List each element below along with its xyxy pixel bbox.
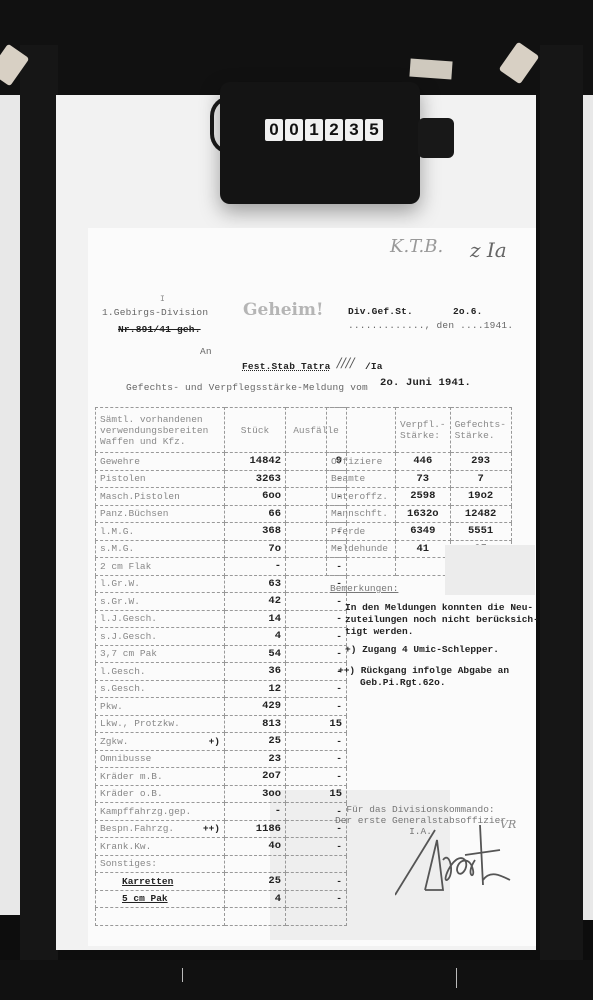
item-label: Zgkw.+) <box>96 733 225 751</box>
table-row: l.Gr.W.63- <box>96 575 347 593</box>
film-border-left <box>20 45 58 965</box>
stueck-value <box>225 855 286 873</box>
stueck-value: 12 <box>225 680 286 698</box>
strength-label: Unteroffz. <box>327 488 396 506</box>
weapons-vehicles-table: Sämtl. vorhandenen verwendungsbereiten W… <box>95 407 347 926</box>
footnote-marker: +) <box>209 736 220 747</box>
stueck-value: - <box>225 803 286 821</box>
stueck-value: 23 <box>225 750 286 768</box>
item-label: 5 cm Pak <box>96 890 225 908</box>
item-label: l.M.G. <box>96 523 225 541</box>
counter-digit: 2 <box>325 119 343 141</box>
item-label-text: Zgkw. <box>100 736 129 747</box>
stueck-value: 63 <box>225 575 286 593</box>
film-border-right <box>540 45 583 965</box>
stueck-value: 7o <box>225 540 286 558</box>
footnote-marker: ++) <box>203 823 220 834</box>
gefechts-value: 7 <box>450 470 511 488</box>
stueck-value: 368 <box>225 523 286 541</box>
table-row: Offiziere446293 <box>327 453 512 471</box>
recipient: Fest.Stab Tatra <box>242 361 331 372</box>
table-row: Karretten25- <box>96 873 347 891</box>
film-scratch <box>182 968 183 982</box>
counter-digit: 5 <box>365 119 383 141</box>
ref-mark: I <box>160 295 165 304</box>
handwritten-signature <box>395 820 515 900</box>
counter-digits: 0 0 1 2 3 5 <box>265 119 383 141</box>
table-row: l.M.G.368- <box>96 523 347 541</box>
verpfl-value: 73 <box>396 470 451 488</box>
stueck-value: 1186 <box>225 820 286 838</box>
footnote-1: +) Zugang 4 Umic-Schlepper. <box>330 644 539 656</box>
verpfl-value: 446 <box>396 453 451 471</box>
item-label: Kräder m.B. <box>96 768 225 786</box>
ausfaelle-value: - <box>286 873 347 891</box>
remarks-title: Bemerkungen: <box>330 583 539 594</box>
table-row: Lkw., Protzkw.81315 <box>96 715 347 733</box>
item-label: Gewehre <box>96 453 225 471</box>
table-row: 5 cm Pak4- <box>96 890 347 908</box>
table-row: Beamte737 <box>327 470 512 488</box>
report-title: Gefechts- und Verpflegsstärke-Meldung vo… <box>126 382 368 393</box>
table-header-row: Verpfl.-Stärke: Gefechts-Stärke. <box>327 408 512 453</box>
stueck-value: 4 <box>225 890 286 908</box>
table-row: Sonstiges: <box>96 855 347 873</box>
unit-name: 1.Gebirgs-Division <box>102 307 208 318</box>
item-label: s.Gesch. <box>96 680 225 698</box>
table-row-blank <box>96 908 347 926</box>
item-label: Pkw. <box>96 698 225 716</box>
stueck-value: 4 <box>225 628 286 646</box>
stueck-value: 25 <box>225 733 286 751</box>
stueck-value: - <box>225 558 286 576</box>
table-row: l.J.Gesch.14- <box>96 610 347 628</box>
item-label: Masch.Pistolen <box>96 488 225 506</box>
item-label: Kampffahrzg.gep. <box>96 803 225 821</box>
date-short: 2o.6. <box>453 306 483 317</box>
gefechts-value: 5551 <box>450 523 511 541</box>
item-label: l.J.Gesch. <box>96 610 225 628</box>
remarks-line: In den Meldungen konnten die Neu- <box>330 602 539 614</box>
strength-label: Beamte <box>327 470 396 488</box>
verpfl-value: 1632o <box>396 505 451 523</box>
table-row: s.J.Gesch.4- <box>96 628 347 646</box>
item-label: 3,7 cm Pak <box>96 645 225 663</box>
col-header-item: Sämtl. vorhandenen verwendungsbereiten W… <box>96 408 225 453</box>
stueck-value: 429 <box>225 698 286 716</box>
counter-digit: 1 <box>305 119 323 141</box>
remarks-section: Bemerkungen: In den Meldungen konnten di… <box>330 583 539 689</box>
item-label: l.Gesch. <box>96 663 225 681</box>
ausfaelle-value: - <box>286 698 347 716</box>
gefechts-value: 293 <box>450 453 511 471</box>
adjacent-frame-left <box>0 95 20 915</box>
verpfl-value: 6349 <box>396 523 451 541</box>
item-label: l.Gr.W. <box>96 575 225 593</box>
col-header-gefechts: Gefechts-Stärke. <box>450 408 511 453</box>
remarks-line: tigt werden. <box>330 626 539 638</box>
item-label: Krank.Kw. <box>96 838 225 856</box>
table-row: Omnibusse23- <box>96 750 347 768</box>
item-label: Sonstiges: <box>96 855 225 873</box>
table-row: Bespn.Fahrzg.++)1186- <box>96 820 347 838</box>
handwritten-ia: z Ia <box>470 238 507 262</box>
item-label: s.Gr.W. <box>96 593 225 611</box>
signature-line-1: Für das Divisionskommando: <box>335 804 506 815</box>
stueck-value: 6oo <box>225 488 286 506</box>
ausfaelle-value: - <box>286 890 347 908</box>
table-row: Masch.Pistolen6oo- <box>96 488 347 506</box>
frame-counter-device <box>220 82 420 204</box>
item-label: Karretten <box>96 873 225 891</box>
counter-digit: 3 <box>345 119 363 141</box>
table-row: Krank.Kw.4o- <box>96 838 347 856</box>
item-label: Pistolen <box>96 470 225 488</box>
strength-label: Pferde <box>327 523 396 541</box>
stueck-value: 2o7 <box>225 768 286 786</box>
remarks-line: zuteilungen noch nicht berücksich- <box>330 614 539 626</box>
table-row: Mannschft.1632o12482 <box>327 505 512 523</box>
table-row: s.M.G.7o- <box>96 540 347 558</box>
handwritten-slashes: //// <box>337 356 355 371</box>
table-row: 3,7 cm Pak54- <box>96 645 347 663</box>
item-label: Bespn.Fahrzg.++) <box>96 820 225 838</box>
verpfl-value: 2598 <box>396 488 451 506</box>
col-header-stueck: Stück <box>225 408 286 453</box>
stueck-value: 813 <box>225 715 286 733</box>
table-row: Kampffahrzg.gep.-- <box>96 803 347 821</box>
ausfaelle-value: - <box>286 838 347 856</box>
ausfaelle-value: - <box>286 768 347 786</box>
recipient-suffix: /Ia <box>365 361 383 372</box>
item-label: s.M.G. <box>96 540 225 558</box>
film-border-bottom <box>0 960 593 1000</box>
table-row: Kräder o.B.3oo15 <box>96 785 347 803</box>
secret-stamp: Geheim! <box>243 300 323 320</box>
counter-digit: 0 <box>265 119 283 141</box>
strength-label: Mannschft. <box>327 505 396 523</box>
table-row: s.Gesch.12- <box>96 680 347 698</box>
item-label: s.J.Gesch. <box>96 628 225 646</box>
item-label-text: Bespn.Fahrzg. <box>100 823 174 834</box>
stueck-value: 3oo <box>225 785 286 803</box>
gefechts-value: 12482 <box>450 505 511 523</box>
ausfaelle-value: 15 <box>286 715 347 733</box>
table-row: Pistolen3263- <box>96 470 347 488</box>
strength-label: Meldehunde <box>327 540 396 558</box>
film-scratch <box>456 968 457 988</box>
counter-knob <box>418 118 454 158</box>
col-header-verpfl: Verpfl.-Stärke: <box>396 408 451 453</box>
stueck-value: 66 <box>225 505 286 523</box>
item-label: Kräder o.B. <box>96 785 225 803</box>
date-line: ............., den ....1941. <box>348 320 513 331</box>
stueck-value: 42 <box>225 593 286 611</box>
table-row: 2 cm Flak-- <box>96 558 347 576</box>
table-row: s.Gr.W.42- <box>96 593 347 611</box>
stueck-value: 36 <box>225 663 286 681</box>
table-row: l.Gesch.36- <box>96 663 347 681</box>
table-row: Panz.Büchsen66- <box>96 505 347 523</box>
ausfaelle-value <box>286 855 347 873</box>
table-row: Zgkw.+)25- <box>96 733 347 751</box>
adjacent-frame-right <box>583 95 593 920</box>
table-row: Gewehre148429 <box>96 453 347 471</box>
table-row: Pkw.429- <box>96 698 347 716</box>
table-row: Pferde63495551 <box>327 523 512 541</box>
item-label: Panz.Büchsen <box>96 505 225 523</box>
stueck-value: 25 <box>225 873 286 891</box>
reference-number: Nr.891/41 geh. <box>118 324 201 335</box>
location: Div.Gef.St. <box>348 306 413 317</box>
to-label: An <box>200 346 212 357</box>
stueck-value: 3263 <box>225 470 286 488</box>
footnote-2: ++) Rückgang infolge Abgabe an <box>330 665 539 677</box>
handwritten-ktb: K.T.B. <box>390 236 443 257</box>
ausfaelle-value: - <box>286 750 347 768</box>
col-header-blank <box>327 408 396 453</box>
stueck-value: 14842 <box>225 453 286 471</box>
strength-label: Offiziere <box>327 453 396 471</box>
gefechts-value: 19o2 <box>450 488 511 506</box>
stueck-value: 14 <box>225 610 286 628</box>
stueck-value: 54 <box>225 645 286 663</box>
stueck-value: 4o <box>225 838 286 856</box>
report-date: 2o. Juni 1941. <box>380 377 471 389</box>
verpfl-value: 41 <box>396 540 451 558</box>
item-label: Lkw., Protzkw. <box>96 715 225 733</box>
table-row: Unteroffz.259819o2 <box>327 488 512 506</box>
tape-strip <box>409 59 452 80</box>
ausfaelle-value: 15 <box>286 785 347 803</box>
counter-digit: 0 <box>285 119 303 141</box>
ausfaelle-value: - <box>286 733 347 751</box>
item-label: 2 cm Flak <box>96 558 225 576</box>
table-row: Kräder m.B.2o7- <box>96 768 347 786</box>
footnote-2-cont: Geb.Pi.Rgt.62o. <box>330 677 539 689</box>
item-label: Omnibusse <box>96 750 225 768</box>
table-header-row: Sämtl. vorhandenen verwendungsbereiten W… <box>96 408 347 453</box>
